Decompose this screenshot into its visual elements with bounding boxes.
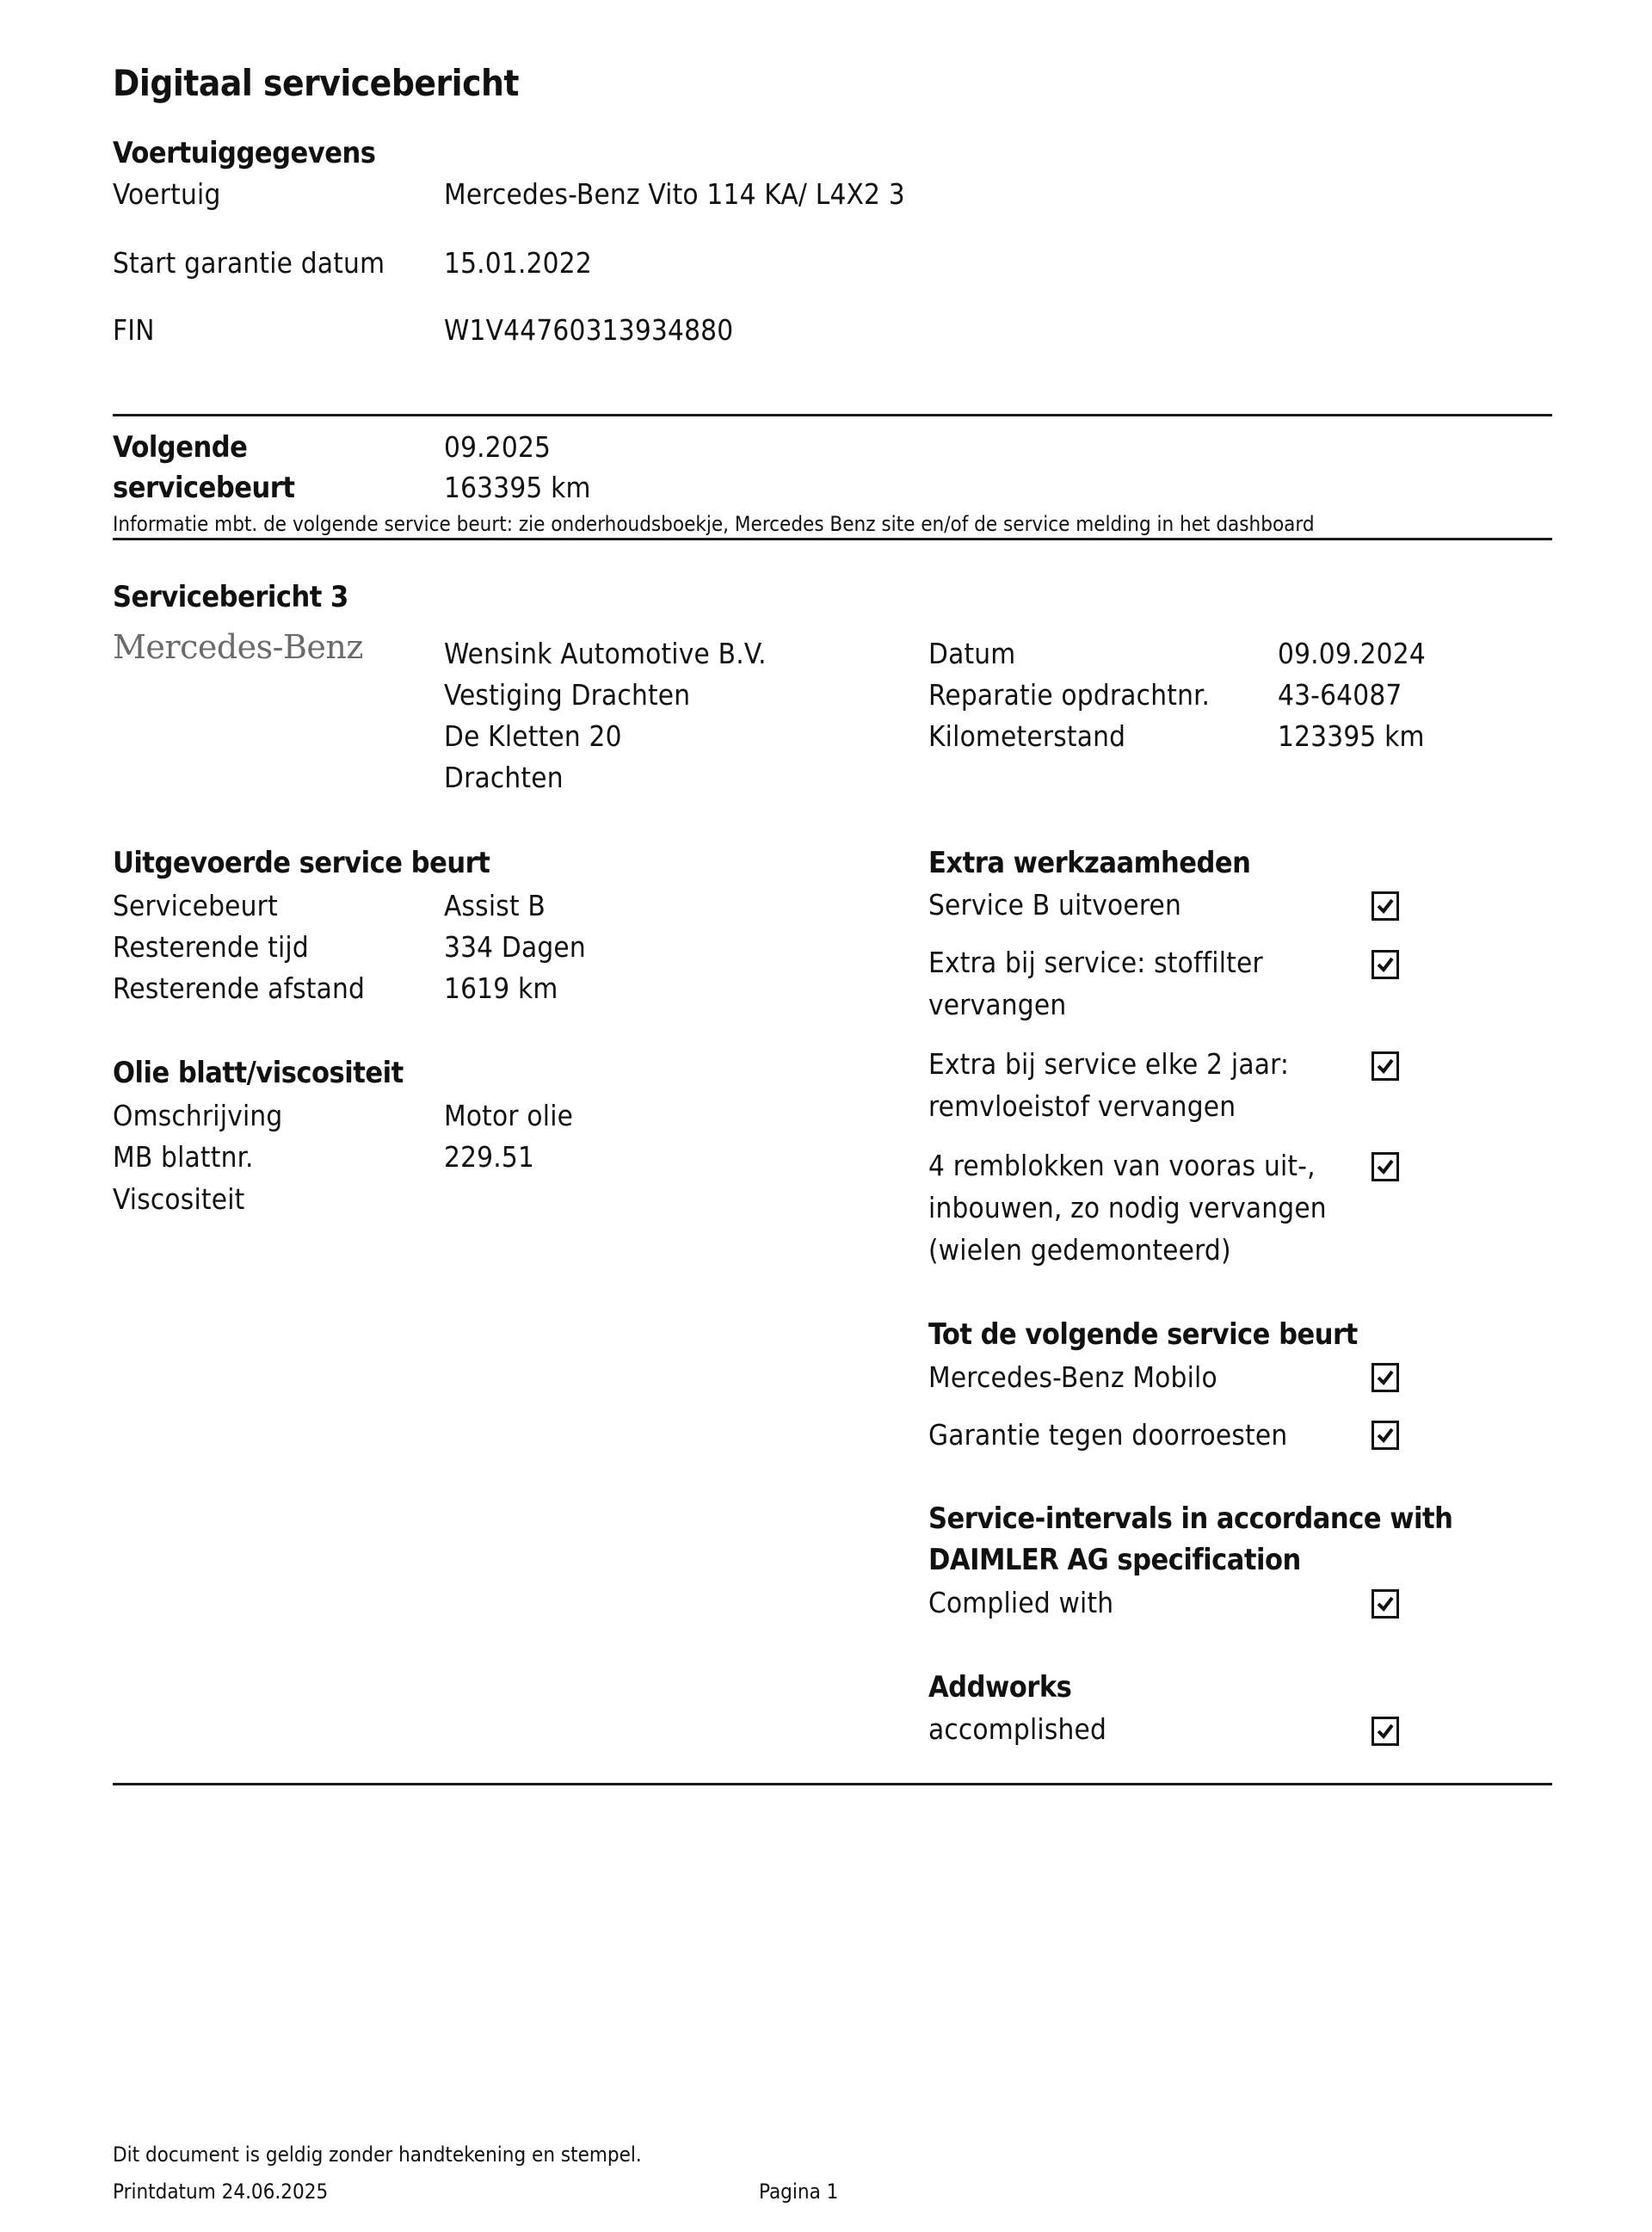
remaining-distance-value: 1619 km: [444, 971, 558, 1005]
date-label: Datum: [928, 637, 1015, 670]
oil-description-value: Motor olie: [444, 1099, 573, 1132]
dealer-name: Wensink Automotive B.V.: [444, 637, 767, 670]
warranty-start-value: 15.01.2022: [444, 246, 592, 280]
service-type-value: Assist B: [444, 889, 546, 922]
fin-value: W1V44760313934880: [444, 313, 733, 347]
oil-description-label: Omschrijving: [113, 1099, 282, 1132]
oil-spec-label: MB blattnr.: [113, 1140, 254, 1174]
divider: [113, 538, 1552, 540]
extra-work-item: Extra bij service elke 2 jaar: remvloeis…: [928, 1043, 1376, 1127]
viscosity-label: Viscositeit: [113, 1182, 245, 1216]
vehicle-heading: Voertuiggegevens: [113, 136, 375, 170]
page-title: Digitaal servicebericht: [113, 62, 519, 104]
intervals-heading-line2: DAIMLER AG specification: [928, 1543, 1301, 1577]
until-next-item: Garantie tegen doorroesten: [928, 1418, 1287, 1452]
service-type-label: Servicebeurt: [113, 889, 278, 922]
extra-work-heading: Extra werkzaamheden: [928, 846, 1250, 880]
divider: [113, 414, 1552, 416]
page-number: Pagina 1: [759, 2180, 838, 2204]
intervals-item: Complied with: [928, 1586, 1113, 1619]
until-next-item: Mercedes-Benz Mobilo: [928, 1360, 1217, 1394]
checkbox-checked-icon: [1372, 1051, 1399, 1081]
date-value: 09.09.2024: [1278, 637, 1426, 670]
dealer-city: Drachten: [444, 761, 564, 794]
remaining-time-value: 334 Dagen: [444, 930, 586, 964]
vehicle-label: Voertuig: [113, 177, 221, 211]
addworks-item: accomplished: [928, 1712, 1106, 1746]
divider: [113, 1783, 1552, 1785]
extra-work-item: 4 remblokken van vooras uit-, inbouwen, …: [928, 1144, 1376, 1271]
vehicle-value: Mercedes-Benz Vito 114 KA/ L4X2 3: [444, 177, 905, 211]
next-service-label-line2: servicebeurt: [113, 471, 295, 505]
mileage-label: Kilometerstand: [928, 719, 1125, 753]
next-service-date: 09.2025: [444, 430, 551, 464]
print-date: Printdatum 24.06.2025: [113, 2180, 328, 2204]
checkbox-checked-icon: [1372, 1421, 1399, 1450]
mileage-value: 123395 km: [1278, 719, 1425, 753]
checkbox-checked-icon: [1372, 950, 1399, 979]
checkbox-checked-icon: [1372, 1363, 1399, 1392]
oil-heading: Olie blatt/viscositeit: [113, 1056, 404, 1090]
extra-work-item: Service B uitvoeren: [928, 884, 1376, 926]
validity-note: Dit document is geldig zonder handtekeni…: [113, 2143, 642, 2167]
addworks-heading: Addworks: [928, 1670, 1071, 1705]
fin-label: FIN: [113, 313, 155, 347]
warranty-start-label: Start garantie datum: [113, 246, 385, 280]
performed-heading: Uitgevoerde service beurt: [113, 846, 490, 880]
report-heading: Servicebericht 3: [113, 580, 348, 614]
order-number-label: Reparatie opdrachtnr.: [928, 678, 1210, 712]
dealer-branch: Vestiging Drachten: [444, 678, 690, 712]
next-service-km: 163395 km: [444, 471, 591, 504]
mercedes-benz-logo: Mercedes-Benz: [113, 628, 363, 666]
extra-work-item: Extra bij service: stoffilter vervangen: [928, 941, 1376, 1026]
next-service-info: Informatie mbt. de volgende service beur…: [113, 512, 1315, 536]
order-number-value: 43-64087: [1278, 678, 1402, 712]
checkbox-checked-icon: [1372, 1152, 1399, 1181]
dealer-street: De Kletten 20: [444, 719, 622, 753]
checkbox-checked-icon: [1372, 1589, 1399, 1619]
checkbox-checked-icon: [1372, 1717, 1399, 1746]
remaining-time-label: Resterende tijd: [113, 930, 309, 964]
intervals-heading-line1: Service-intervals in accordance with: [928, 1501, 1452, 1536]
next-service-label-line1: Volgende: [113, 430, 247, 465]
until-next-heading: Tot de volgende service beurt: [928, 1317, 1358, 1352]
remaining-distance-label: Resterende afstand: [113, 971, 365, 1005]
oil-spec-value: 229.51: [444, 1140, 534, 1174]
checkbox-checked-icon: [1372, 891, 1399, 921]
